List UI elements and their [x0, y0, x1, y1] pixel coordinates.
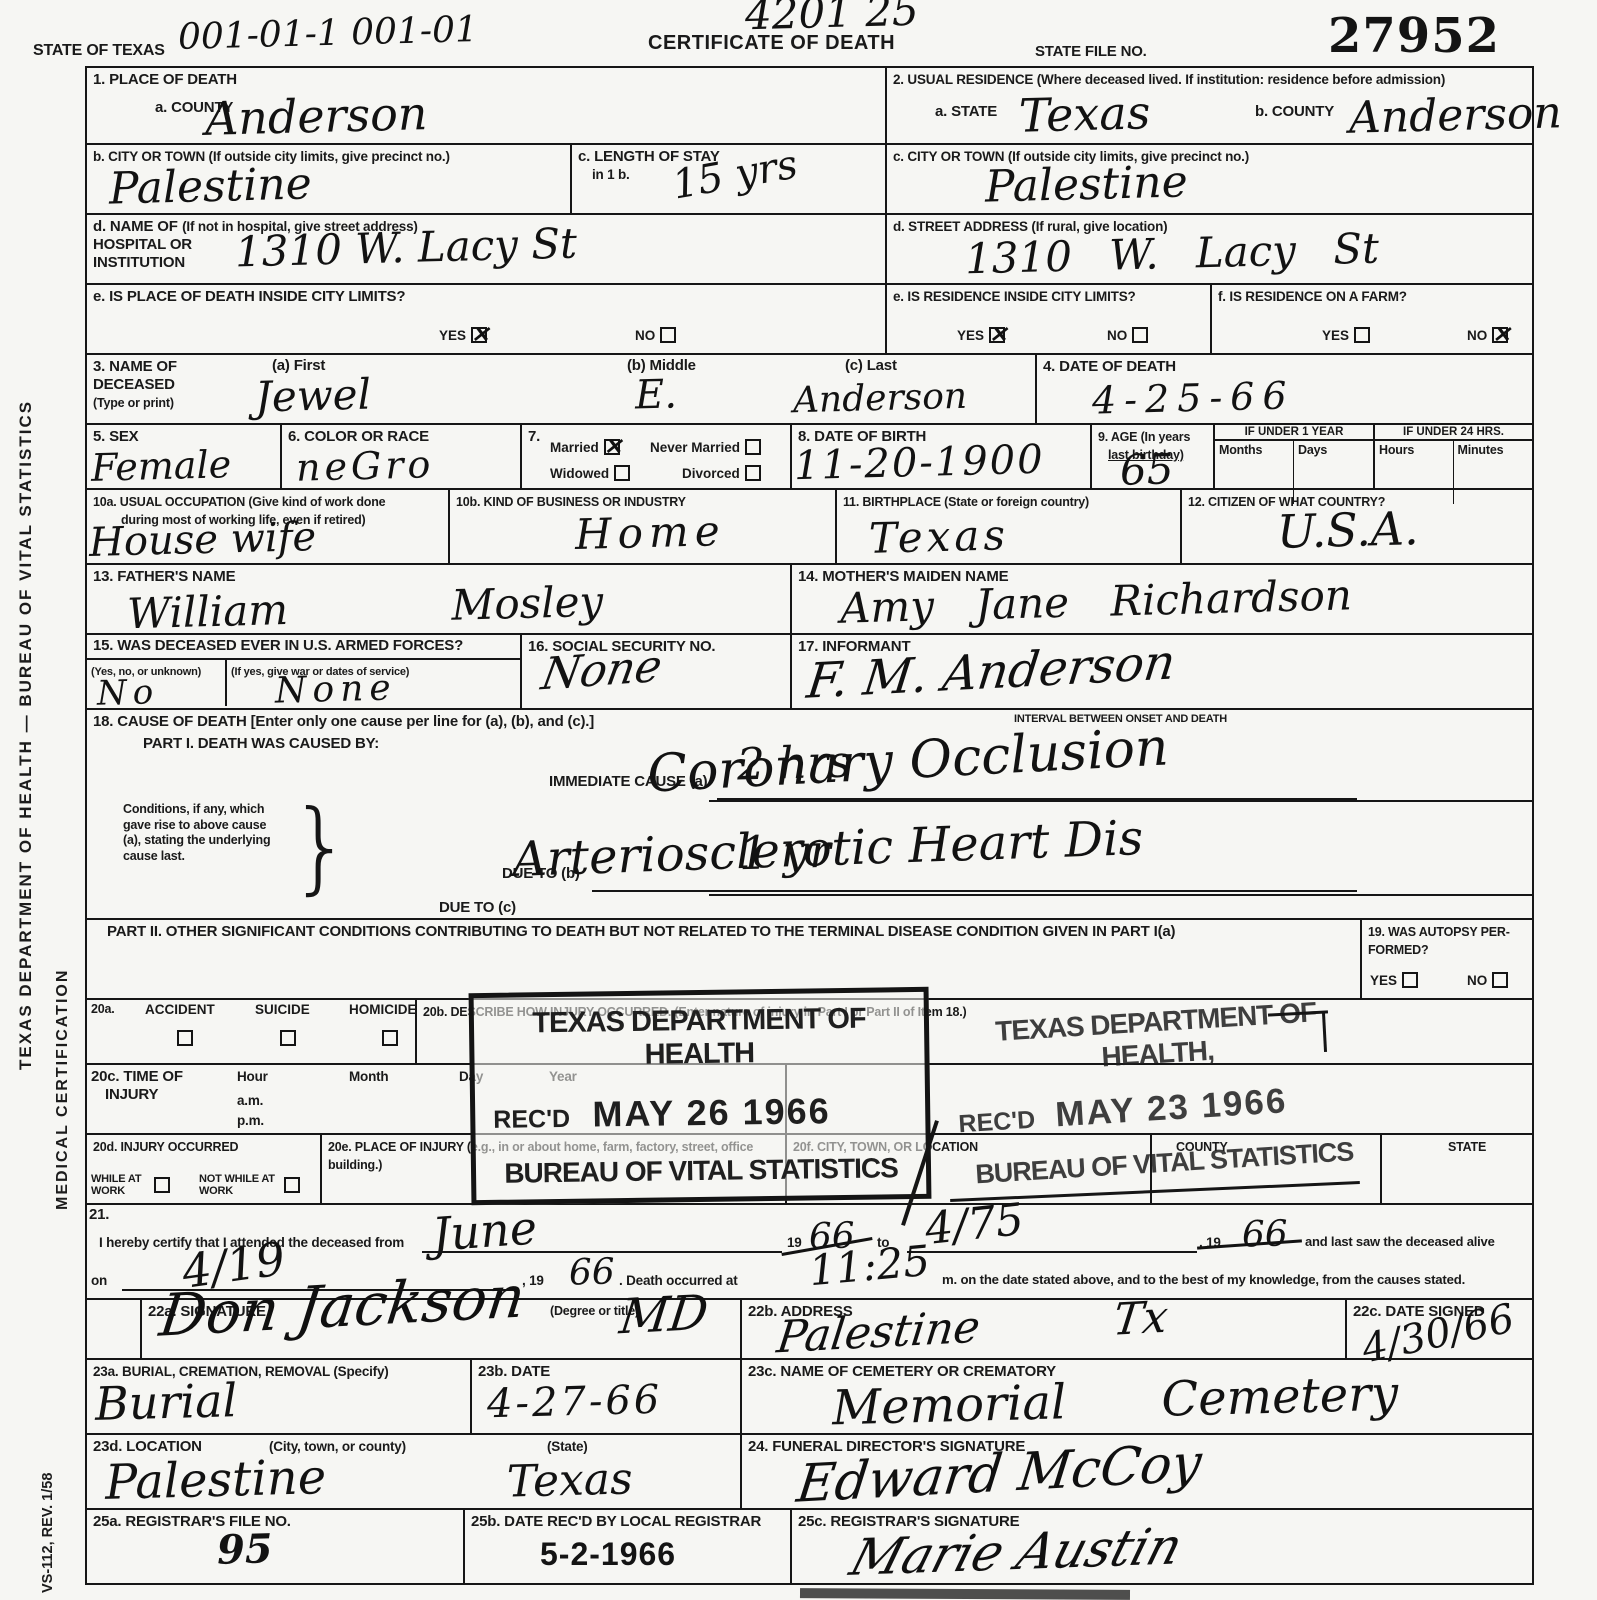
not-while-at-work-label: NOT WHILE AT WORK	[199, 1173, 279, 1198]
margin-medical-certification-label: MEDICAL CERTIFICATION	[54, 770, 72, 1210]
suicide-checkbox	[280, 1030, 296, 1046]
name-label2: DECEASED	[93, 376, 175, 393]
while-at-work-checkbox	[154, 1177, 170, 1193]
field-accident-suicide-homicide: 20a. ACCIDENT SUICIDE HOMICIDE	[87, 1000, 417, 1063]
item-21-number: 21.	[89, 1207, 109, 1224]
field-residence-city: c. CITY OR TOWN (If outside city limits,…	[887, 145, 1532, 213]
date-of-death-label: 4. DATE OF DEATH	[1043, 358, 1176, 375]
stamp-date: MAY 23 1966	[1054, 1081, 1288, 1134]
stamp-date: MAY 26 1966	[592, 1090, 831, 1134]
informant-value: F. M. Anderson	[805, 641, 1178, 704]
row-institution-street: d. NAME OF (If not in hospital, give str…	[87, 215, 1532, 285]
citizen-value: U.S.A.	[1276, 508, 1419, 553]
part2-label: PART II. OTHER SIGNIFICANT CONDITIONS CO…	[107, 923, 1175, 940]
handwritten-top-number: 4201 25	[745, 0, 920, 34]
burial-value: Burial	[94, 1380, 237, 1425]
field-marital-status: 7. Married Never Married Widowed Divorce…	[522, 425, 792, 488]
homicide-checkbox	[382, 1030, 398, 1046]
field-color-race: 6. COLOR OR RACE neGro	[282, 425, 522, 488]
cause-of-death-title: 18. CAUSE OF DEATH [Enter only one cause…	[93, 714, 594, 731]
field-burial-type: 23a. BURIAL, CREMATION, REMOVAL (Specify…	[87, 1360, 472, 1433]
attended-from-month: June	[431, 1207, 539, 1256]
field-armed-forces: 15. WAS DECEASED EVER IN U.S. ARMED FORC…	[87, 635, 522, 708]
margin-department-label: TEXAS DEPARTMENT OF HEALTH — BUREAU OF V…	[16, 70, 36, 1070]
certify-on: on	[91, 1273, 107, 1288]
field-physician-address: 22b. ADDRESS Palestine Tx	[742, 1300, 1347, 1358]
field-registrar-signature: 25c. REGISTRAR'S SIGNATURE Marie Austin	[792, 1510, 1532, 1583]
mother-value: Amy Jane Richardson	[840, 576, 1353, 627]
field-length-of-stay: c. LENGTH OF STAY in 1 b. 15 yrs	[572, 145, 887, 213]
armed-forces-value-a: No	[97, 677, 160, 709]
underline	[907, 1251, 1197, 1253]
residence-county-label: b. COUNTY	[1255, 104, 1334, 121]
residence-city-limits-yes: YES	[957, 327, 1005, 343]
field-place-of-death: 1. PLACE OF DEATH a. COUNTY Anderson	[87, 68, 887, 143]
field-death-inside-city-limits: e. IS PLACE OF DEATH INSIDE CITY LIMITS?…	[87, 285, 887, 353]
hospital-label: d. NAME OF	[93, 218, 178, 235]
name-label: 3. NAME OF	[93, 358, 177, 375]
field-age: 9. AGE (In years last birthday) 65	[1092, 425, 1215, 488]
occupation-value: House wife	[89, 519, 317, 561]
yes-checkbox	[1354, 327, 1370, 343]
last-name-value: Anderson	[793, 381, 968, 418]
stamp-recd-label: REC'D	[493, 1105, 570, 1134]
field-date-of-birth: 8. DATE OF BIRTH 11-20-1900	[792, 425, 1092, 488]
field-father-name: 13. FATHER'S NAME William Mosley	[87, 565, 792, 633]
field-usual-residence: 2. USUAL RESIDENCE (Where deceased lived…	[887, 68, 1532, 143]
medical-cert-spacer	[87, 1300, 142, 1358]
location-sub2: (State)	[547, 1439, 588, 1454]
attended-to-year: 66	[1242, 1218, 1289, 1252]
field-part2-conditions: PART II. OTHER SIGNIFICANT CONDITIONS CO…	[87, 920, 1362, 998]
location-state-value: Texas	[507, 1459, 634, 1502]
death-city-limits-label: e. IS PLACE OF DEATH INSIDE CITY LIMITS?	[93, 288, 405, 305]
field-residence-on-farm: f. IS RESIDENCE ON A FARM? YES NO	[1212, 285, 1532, 353]
county-value: Anderson	[204, 93, 427, 140]
certify-text-2: and last saw the deceased alive	[1305, 1235, 1495, 1250]
conditions-note: Conditions, if any, which gave rise to a…	[123, 802, 281, 865]
residence-city-limits-label: e. IS RESIDENCE INSIDE CITY LIMITS?	[893, 289, 1136, 304]
father-value: William Mosley	[127, 583, 604, 633]
conditions-brace: }	[289, 788, 353, 905]
date-recd-label: 25b. DATE REC'D BY LOCAL REGISTRAR	[471, 1513, 761, 1530]
stamp-bureau-line: BUREAU OF VITAL STATISTICS	[488, 1152, 914, 1190]
stamp-agency-line: TEXAS DEPARTMENT OF HEALTH	[486, 1002, 913, 1074]
certificate-title: CERTIFICATE OF DEATH	[648, 32, 895, 54]
injury-state-label: STATE	[1448, 1140, 1486, 1154]
armed-forces-value-b: None	[275, 672, 397, 708]
yes-checkbox	[989, 327, 1005, 343]
field-injury-occurred: 20d. INJURY OCCURRED WHILE AT WORK NOT W…	[87, 1135, 322, 1203]
sex-label: 5. SEX	[93, 428, 139, 445]
no-checkbox	[1492, 327, 1508, 343]
hospital-label2: HOSPITAL OR	[93, 236, 192, 253]
funeral-director-value: Edward McCoy	[794, 1440, 1204, 1508]
row-name-dod: 3. NAME OF DECEASED (Type or print) (a) …	[87, 355, 1532, 425]
residence-state-value: Texas	[1018, 92, 1150, 137]
last-saw-year: 66	[569, 1256, 616, 1290]
marital-label: 7.	[528, 428, 540, 445]
handwritten-registration-code: 001-01-1 001-01	[178, 14, 479, 54]
month-label: Month	[349, 1069, 388, 1084]
received-stamp-may-26: TEXAS DEPARTMENT OF HEALTH REC'D MAY 26 …	[469, 987, 932, 1205]
date-of-death-value: 4-25-66	[1092, 378, 1295, 417]
residence-city-value: Palestine	[985, 162, 1189, 207]
field-cemetery-name: 23c. NAME OF CEMETERY OR CREMATORY Memor…	[742, 1360, 1532, 1433]
usual-residence-title: 2. USUAL RESIDENCE (Where deceased lived…	[893, 72, 1445, 87]
residence-city-limits-no: NO	[1107, 327, 1148, 343]
field-mother-maiden-name: 14. MOTHER'S MAIDEN NAME Amy Jane Richar…	[792, 565, 1532, 633]
autopsy-label: 19. WAS AUTOPSY PER­FORMED?	[1368, 925, 1510, 957]
field-cause-of-death: 18. CAUSE OF DEATH [Enter only one cause…	[87, 710, 709, 918]
row-occupation-birthplace: 10a. USUAL OCCUPATION (Give kind of work…	[87, 490, 1532, 565]
occupation-label: 10a. USUAL OCCUPATION (Give kind of work…	[93, 495, 385, 509]
length-of-stay-sublabel: in 1 b.	[592, 167, 630, 182]
residence-county-value: Anderson	[1349, 93, 1563, 138]
widowed-checkbox	[614, 465, 630, 481]
row-sex-race-age: 5. SEX Female 6. COLOR OR RACE neGro 7. …	[87, 425, 1532, 490]
no-checkbox	[660, 327, 676, 343]
attended-to-date: 4/75	[923, 1200, 1025, 1250]
sex-value: Female	[91, 447, 232, 485]
last-name-label: (c) Last	[845, 358, 897, 375]
cemetery-value: Memorial Cemetery	[832, 1373, 1399, 1431]
yes-checkbox	[471, 327, 487, 343]
autopsy-yes: YES	[1370, 972, 1418, 988]
certify-19-1: 19	[787, 1235, 802, 1250]
death-city-limits-yes: YES	[439, 327, 487, 343]
field-sex: 5. SEX Female	[87, 425, 282, 488]
field-street-address: d. STREET ADDRESS (If rural, give locati…	[887, 215, 1532, 283]
birthplace-label: 11. BIRTHPLACE (State or foreign country…	[843, 495, 1089, 509]
death-time-value: 11:25	[808, 1242, 932, 1290]
autopsy-no: NO	[1467, 972, 1508, 988]
am-label: a.m.	[237, 1093, 263, 1108]
row-23d-24: 23d. LOCATION (City, town, or county) (S…	[87, 1435, 1532, 1510]
field-20a-number: 20a.	[91, 1002, 115, 1016]
under-1-year-header: IF UNDER 1 YEAR	[1215, 425, 1373, 441]
field-date-recd-local-registrar: 25b. DATE REC'D BY LOCAL REGISTRAR 5-2-1…	[465, 1510, 792, 1583]
interval-b-value: 1 yr	[738, 831, 831, 875]
dob-value: 11-20-1900	[794, 442, 1045, 485]
field-burial-date: 23b. DATE 4-27-66	[472, 1360, 742, 1433]
field-physician-signature: 22a. SIGNATURE (Degree or title) Don Jac…	[142, 1300, 742, 1358]
margin-form-number: VS-112, REV. 1/58	[40, 1388, 56, 1593]
age-value: 65	[1120, 450, 1174, 489]
field-if-under-24-hrs: IF UNDER 24 HRS. Hours Minutes	[1375, 425, 1532, 488]
scan-smudge	[800, 1588, 1130, 1600]
accident-checkbox	[177, 1030, 193, 1046]
state-of-texas-label: STATE OF TEXAS	[33, 42, 165, 60]
marital-never-married: Never Married	[650, 439, 761, 455]
place-of-death-title: 1. PLACE OF DEATH	[93, 71, 237, 88]
certificate-form: 1. PLACE OF DEATH a. COUNTY Anderson 2. …	[85, 66, 1534, 1585]
interval-a-value: 2 hrs	[737, 743, 852, 786]
field-interval-column: INTERVAL BETWEEN ONSET AND DEATH 2 hrs 1…	[709, 710, 1532, 918]
row-25: 25a. REGISTRAR'S FILE NO. 95 25b. DATE R…	[87, 1510, 1532, 1583]
field-usual-occupation: 10a. USUAL OCCUPATION (Give kind of work…	[87, 490, 450, 563]
pm-label: p.m.	[237, 1113, 264, 1128]
homicide-label: HOMICIDE	[349, 1002, 417, 1017]
state-file-number: 27952	[1328, 8, 1500, 64]
hospital-value: 1310 W. Lacy St	[235, 225, 578, 272]
never-married-checkbox	[745, 439, 761, 455]
field-informant: 17. INFORMANT F. M. Anderson	[792, 635, 1532, 708]
field-autopsy: 19. WAS AUTOPSY PER­FORMED? YES NO	[1362, 920, 1532, 998]
field-registrar-file-no: 25a. REGISTRAR'S FILE NO. 95	[87, 1510, 465, 1583]
field-funeral-director-signature: 24. FUNERAL DIRECTOR'S SIGNATURE Edward …	[742, 1435, 1532, 1508]
residence-farm-label: f. IS RESIDENCE ON A FARM?	[1218, 289, 1407, 304]
not-while-at-work-checkbox	[284, 1177, 300, 1193]
industry-label: 10b. KIND OF BUSINESS OR INDUSTRY	[456, 495, 686, 509]
burial-date-label: 23b. DATE	[478, 1363, 550, 1380]
father-label: 13. FATHER'S NAME	[93, 568, 235, 585]
interval-header: INTERVAL BETWEEN ONSET AND DEATH	[709, 710, 1532, 725]
location-city-value: Palestine	[104, 1456, 326, 1505]
date-recd-value: 5-2-1966	[540, 1536, 676, 1573]
accident-label: ACCIDENT	[145, 1002, 215, 1017]
residence-farm-yes: YES	[1322, 327, 1370, 343]
yes-checkbox	[1402, 972, 1418, 988]
marital-divorced: Divorced	[682, 465, 761, 481]
field-social-security: 16. SOCIAL SECURITY NO. None	[522, 635, 792, 708]
burial-date-value: 4-27-66	[487, 1382, 663, 1423]
field-residence-inside-city-limits: e. IS RESIDENCE INSIDE CITY LIMITS? YES …	[887, 285, 1212, 353]
no-checkbox	[1492, 972, 1508, 988]
part1-label: PART I. DEATH WAS CAUSED BY:	[143, 736, 379, 753]
race-value: neGro	[296, 447, 435, 485]
time-of-injury-label2: INJURY	[105, 1087, 158, 1104]
birthplace-value: Texas	[869, 516, 1010, 557]
hospital-label3: INSTITUTION	[93, 254, 185, 271]
degree-value: MD	[617, 1292, 710, 1340]
row-forces-ssn-informant: 15. WAS DECEASED EVER IN U.S. ARMED FORC…	[87, 635, 1532, 710]
row-22: 22a. SIGNATURE (Degree or title) Don Jac…	[87, 1300, 1532, 1360]
received-stamp-may-23: TEXAS DEPARTMENT OF HEALTH, REC'D MAY 23…	[940, 987, 1380, 1198]
residence-farm-no: NO	[1467, 327, 1508, 343]
registrar-file-value: 95	[217, 1531, 274, 1568]
marital-married: Married	[550, 439, 620, 455]
field-date-of-death: 4. DATE OF DEATH 4-25-66	[1037, 355, 1532, 423]
married-checkbox	[604, 439, 620, 455]
field-citizen-country: 12. CITIZEN OF WHAT COUNTRY? U.S.A.	[1182, 490, 1532, 563]
name-label3: (Type or print)	[93, 396, 174, 410]
state-file-no-label: STATE FILE NO.	[1035, 44, 1147, 61]
row-parents: 13. FATHER'S NAME William Mosley 14. MOT…	[87, 565, 1532, 635]
under-24-hrs-header: IF UNDER 24 HRS.	[1375, 425, 1532, 441]
row-cause-of-death: 18. CAUSE OF DEATH [Enter only one cause…	[87, 710, 1532, 920]
time-of-injury-label: 20c. TIME OF	[91, 1069, 183, 1086]
death-city-limits-no: NO	[635, 327, 676, 343]
field-date-signed: 22c. DATE SIGNED 4/30/66	[1347, 1300, 1532, 1358]
field-business-industry: 10b. KIND OF BUSINESS OR INDUSTRY Home	[450, 490, 837, 563]
residence-state-label: a. STATE	[935, 104, 997, 121]
row-city-limits-farm: e. IS PLACE OF DEATH INSIDE CITY LIMITS?…	[87, 285, 1532, 355]
divorced-checkbox	[745, 465, 761, 481]
age-label: 9. AGE (In years	[1098, 430, 1190, 444]
field-injury-state: STATE	[1382, 1135, 1532, 1203]
registrar-signature-value: Marie Austin	[846, 1524, 1187, 1581]
field-hospital-institution: d. NAME OF (If not in hospital, give str…	[87, 215, 887, 283]
field-city-of-death: b. CITY OR TOWN (If outside city limits,…	[87, 145, 572, 213]
first-name-value: Jewel	[255, 375, 372, 416]
marital-widowed: Widowed	[550, 465, 630, 481]
field-burial-location: 23d. LOCATION (City, town, or county) (S…	[87, 1435, 742, 1508]
ssn-value: None	[539, 647, 665, 696]
no-checkbox	[1132, 327, 1148, 343]
physician-signature-value: Don Jackson	[157, 1270, 528, 1342]
city-of-death-value: Palestine	[109, 164, 313, 209]
certify-text-3: m. on the date stated above, and to the …	[942, 1273, 1465, 1288]
row-place-residence-county: 1. PLACE OF DEATH a. COUNTY Anderson 2. …	[87, 68, 1532, 145]
street-address-value: 1310 W. Lacy St	[965, 230, 1380, 279]
field-name-of-deceased: 3. NAME OF DECEASED (Type or print) (a) …	[87, 355, 1037, 423]
armed-forces-label: 15. WAS DECEASED EVER IN U.S. ARMED FORC…	[87, 635, 520, 658]
row-city-length: b. CITY OR TOWN (If outside city limits,…	[87, 145, 1532, 215]
due-to-c-label: DUE TO (c)	[439, 900, 516, 917]
field-if-under-1-year: IF UNDER 1 YEAR Months Days	[1215, 425, 1375, 488]
suicide-label: SUICIDE	[255, 1002, 310, 1017]
industry-value: Home	[575, 512, 727, 554]
injury-occurred-label: 20d. INJURY OCCURRED	[93, 1140, 238, 1154]
middle-name-value: E.	[635, 376, 678, 413]
hour-label: Hour	[237, 1069, 268, 1084]
stamp-recd-label: REC'D	[958, 1106, 1036, 1139]
row-23abc: 23a. BURIAL, CREMATION, REMOVAL (Specify…	[87, 1360, 1532, 1435]
field-birthplace: 11. BIRTHPLACE (State or foreign country…	[837, 490, 1182, 563]
death-certificate-scan: TEXAS DEPARTMENT OF HEALTH — BUREAU OF V…	[0, 0, 1597, 1600]
